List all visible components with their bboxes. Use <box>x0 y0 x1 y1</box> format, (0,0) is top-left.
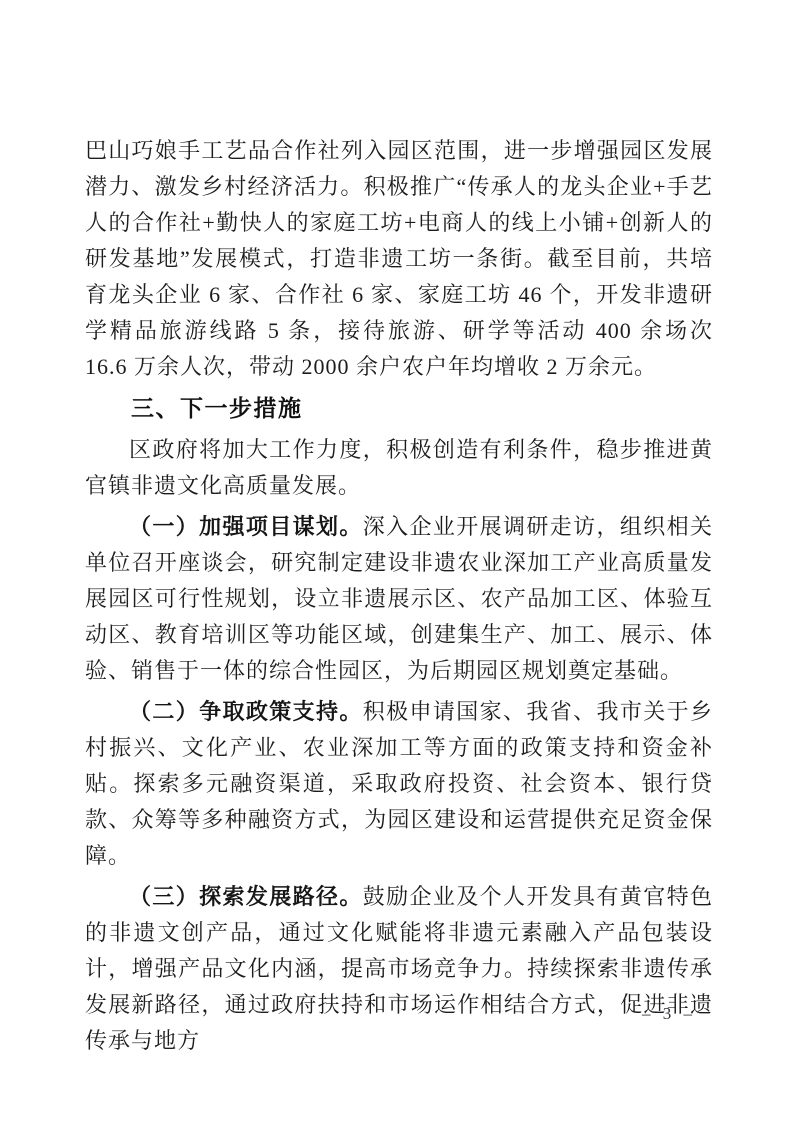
measure-3-title: （三）探索发展路径。 <box>129 884 363 909</box>
section-heading-next-steps: 三、下一步措施 <box>85 390 713 426</box>
document-body: 巴山巧娘手工艺品合作社列入园区范围，进一步增强园区发展潜力、激发乡村经济活力。积… <box>85 133 713 1064</box>
measure-3-text: 鼓励企业及个人开发具有黄官特色的非遗文创产品，通过文化赋能将非遗元素融入产品包装… <box>85 884 713 1053</box>
measure-2-text: 积极申请国家、我省、我市关于乡村振兴、文化产业、农业深加工等方面的政策支持和资金… <box>85 699 713 868</box>
measure-1-title: （一）加强项目谋划。 <box>129 514 363 539</box>
document-page: 巴山巧娘手工艺品合作社列入园区范围，进一步增强园区发展潜力、激发乡村经济活力。积… <box>0 0 792 1121</box>
paragraph-measure-3: （三）探索发展路径。鼓励企业及个人开发具有黄官特色的非遗文创产品，通过文化赋能将… <box>85 879 713 1059</box>
paragraph-measure-2: （二）争取政策支持。积极申请国家、我省、我市关于乡村振兴、文化产业、农业深加工等… <box>85 694 713 874</box>
paragraph-continuation: 巴山巧娘手工艺品合作社列入园区范围，进一步增强园区发展潜力、激发乡村经济活力。积… <box>85 133 713 385</box>
page-footer: – 3 – <box>0 1004 792 1024</box>
paragraph-measure-1: （一）加强项目谋划。深入企业开展调研走访，组织相关单位召开座谈会，研究制定建设非… <box>85 509 713 689</box>
measure-2-title: （二）争取政策支持。 <box>129 699 363 724</box>
page-number: – 3 – <box>642 1004 696 1023</box>
measure-1-text: 深入企业开展调研走访，组织相关单位召开座谈会，研究制定建设非遗农业深加工产业高质… <box>85 514 713 683</box>
paragraph-intro: 区政府将加大工作力度，积极创造有利条件，稳步推进黄官镇非遗文化高质量发展。 <box>85 432 713 504</box>
